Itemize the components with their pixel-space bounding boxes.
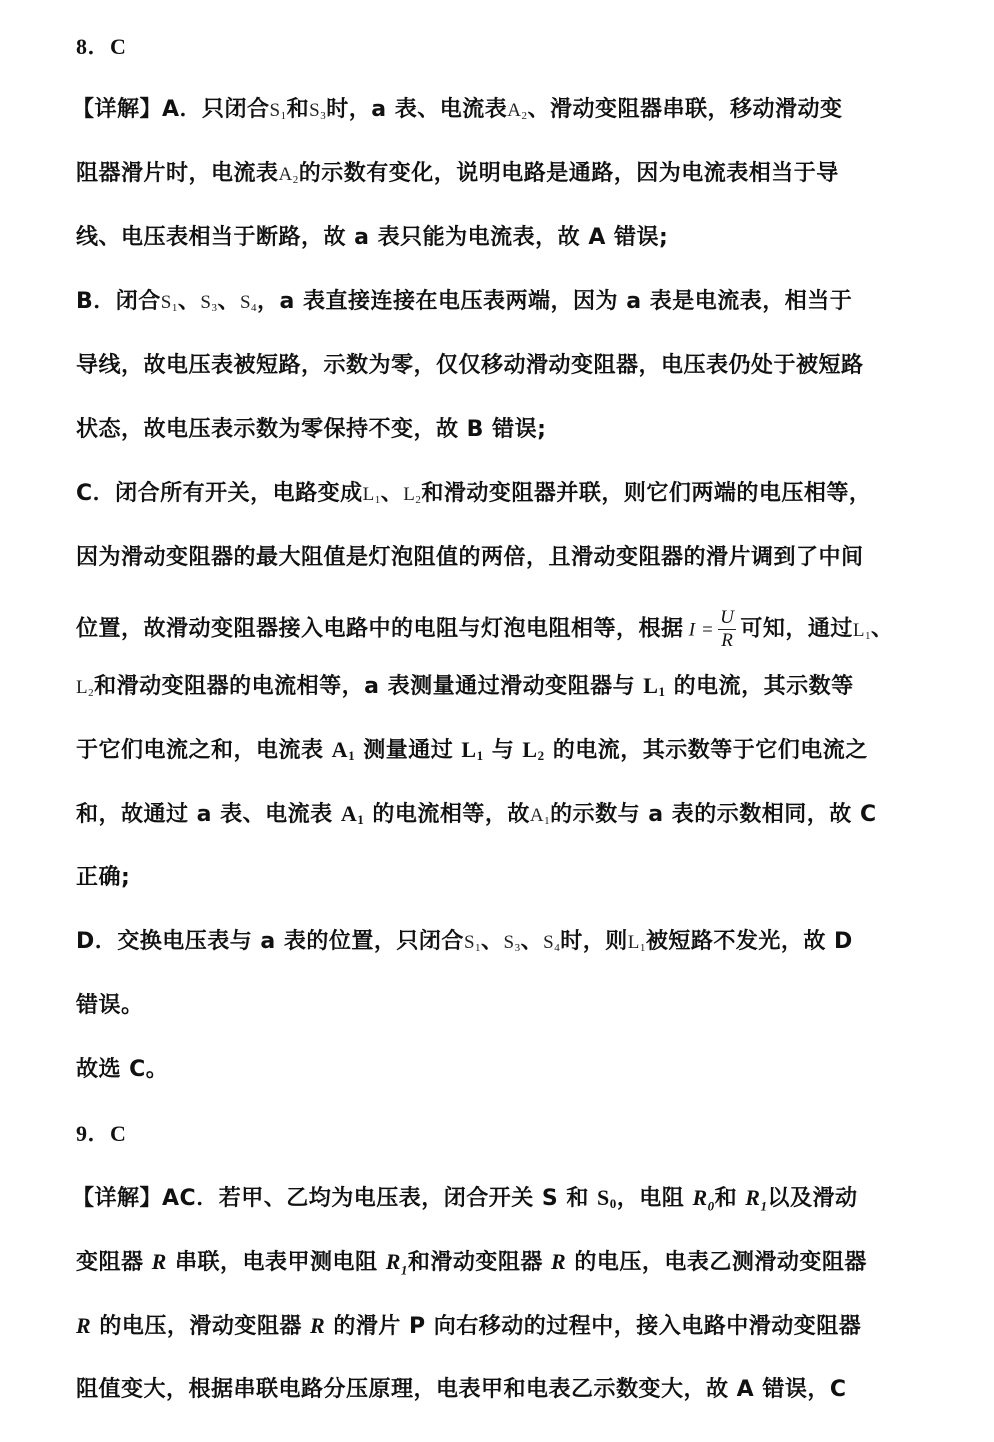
symbol-l1: L1 [628,932,646,953]
symbol-a2: A2 [507,100,527,121]
symbol-s4: S4 [543,932,560,953]
symbol-l1: L1 [853,620,871,641]
q8-line-2: 阻器滑片时，电流表A2的示数有变化，说明电路是通路，因为电流表相当于导 [76,159,936,195]
q8-line-15: 错误。 [76,991,936,1021]
q8-line-8: 因为滑动变阻器的最大阻值是灯泡阻值的两倍，且滑动变阻器的滑片调到了中间 [76,543,936,573]
symbol-s3: S3 [504,932,521,953]
q8-line-11: 于它们电流之和，电流表 A1 测量通过 L1 与 L2 的电流，其示数等于它们电… [76,735,936,771]
q8-line-13: 正确; [76,863,936,893]
symbol-a2: A2 [279,164,299,185]
q8-line-14: D．交换电压表与 a 表的位置，只闭合S1、S3、S4时，则L1被短路不发光，故… [76,927,936,963]
symbol-s3: S3 [200,292,217,313]
formula-fraction: UR [718,607,736,652]
symbol-s1: S1 [161,292,178,313]
formula-i: I = [684,620,715,641]
q9-line-1: 【详解】AC．若甲、乙均为电压表，闭合开关 S 和 S0，电阻 R0和 R1以及… [72,1183,932,1221]
q8-line-9: 位置，故滑动变阻器接入电路中的电阻与灯泡电阻相等，根据 I =UR可知，通过L1… [76,607,936,652]
q9-line-4: 阻值变大，根据串联电路分压原理，电表甲和电表乙示数变大，故 A 错误，C [76,1375,936,1405]
q8-line-6: 状态，故电压表示数为零保持不变，故 B 错误; [76,415,936,445]
symbol-l1: L1 [363,484,381,505]
q8-line-1: 【详解】A．只闭合S1和S3时，a 表、电流表A2、滑动变阻器串联，移动滑动变 [72,95,932,131]
q8-line-12: 和，故通过 a 表、电流表 A1 的电流相等，故A1的示数与 a 表的示数相同，… [76,799,936,836]
detail-label: 【详解】 [72,97,162,122]
symbol-s4: S4 [240,292,257,313]
q8-line-7: C．闭合所有开关，电路变成L1、L2和滑动变阻器并联，则它们两端的电压相等， [76,479,936,515]
q8-line-5: 导线，故电压表被短路，示数为零，仅仅移动滑动变阻器，电压表仍处于被短路 [76,351,936,381]
q8-line-10: L2和滑动变阻器的电流相等，a 表测量通过滑动变阻器与 L1 的电流，其示数等 [76,671,936,708]
q8-line-4: B．闭合S1、S3、S4，a 表直接连接在电压表两端，因为 a 表是电流表，相当… [76,287,936,323]
symbol-s3: S3 [309,100,326,121]
symbol-l2: L2 [76,677,94,698]
q9-line-2: 变阻器 R 串联，电表甲测电阻 R1和滑动变阻器 R 的电压，电表乙测滑动变阻器 [76,1247,936,1285]
symbol-l2: L2 [403,484,421,505]
q9-line-3: R 的电压，滑动变阻器 R 的滑片 P 向右移动的过程中，接入电路中滑动变阻器 [76,1311,936,1342]
q8-answer: 故选 C。 [76,1055,936,1085]
symbol-s1: S1 [270,100,287,121]
q9-heading: 9．C [76,1119,936,1149]
document-page: 8．C 【详解】A．只闭合S1和S3时，a 表、电流表A2、滑动变阻器串联，移动… [0,0,994,1442]
symbol-a1: A1 [530,805,550,826]
detail-label: 【详解】 [72,1186,162,1211]
q8-line-3: 线、电压表相当于断路，故 a 表只能为电流表，故 A 错误; [76,223,936,253]
symbol-s1: S1 [464,932,481,953]
q8-heading: 8．C [76,32,936,62]
